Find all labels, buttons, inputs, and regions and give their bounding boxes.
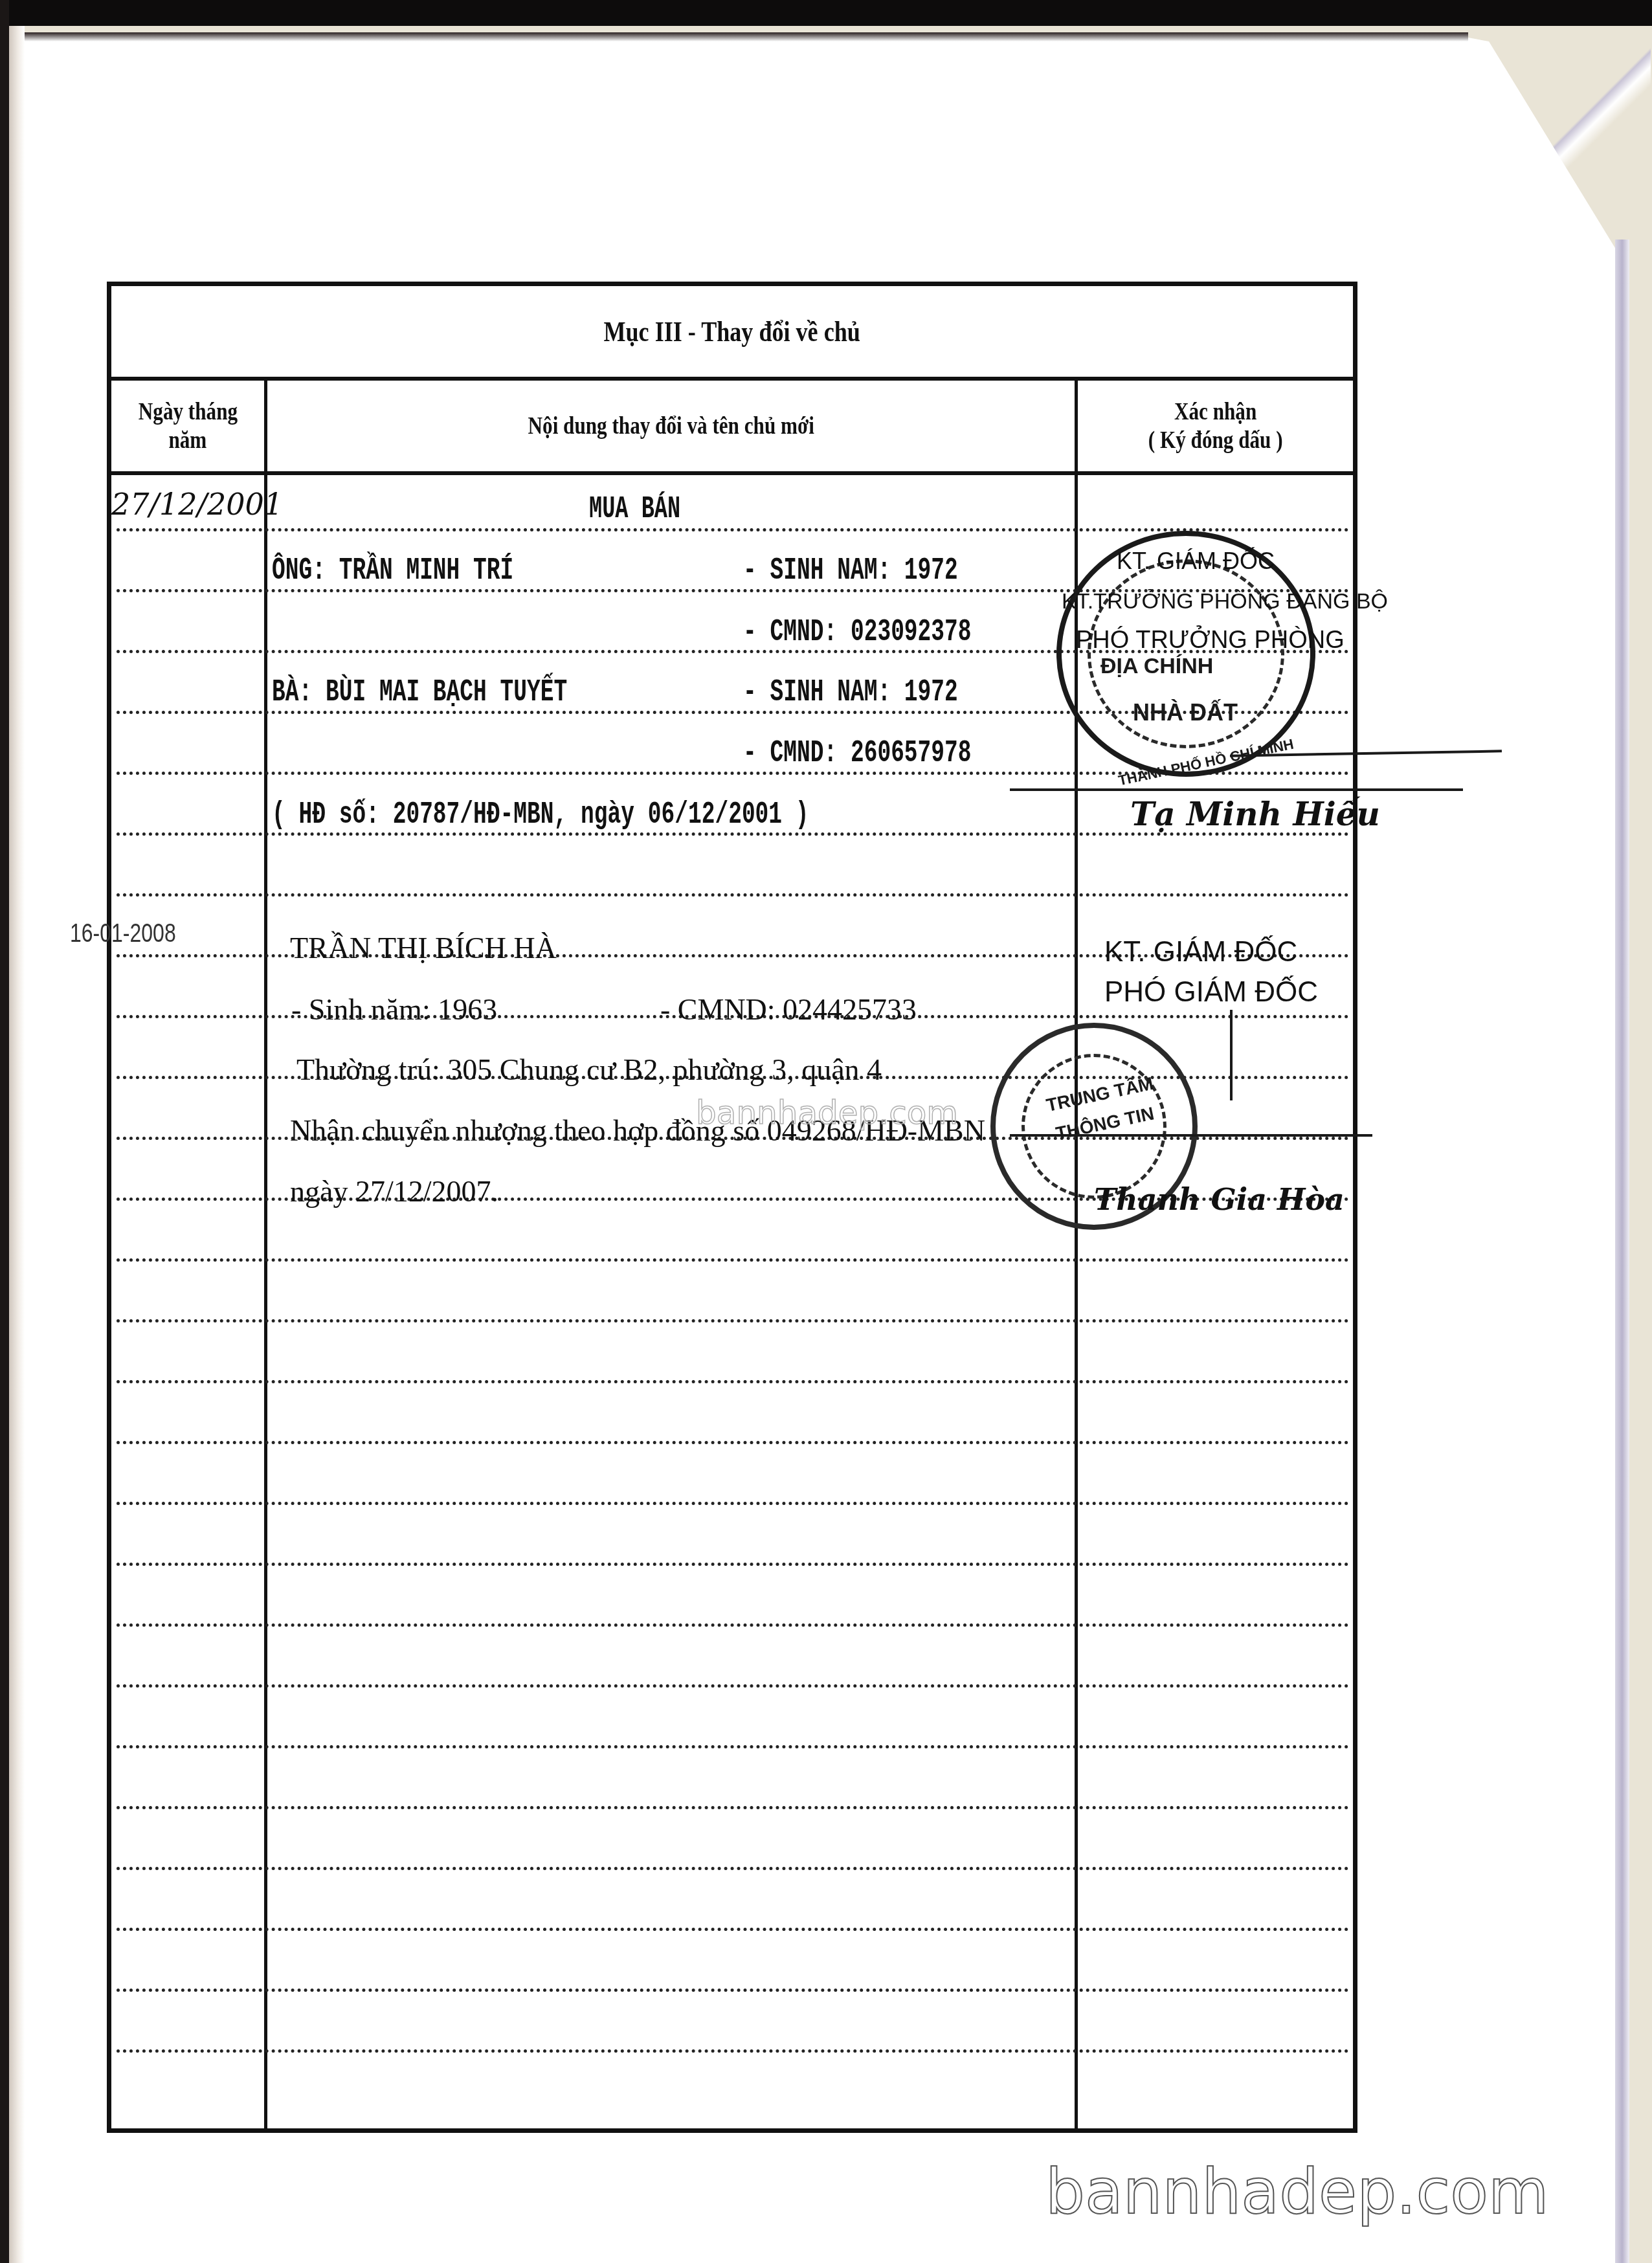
new-owner-id: - CMND: 024425733 (660, 992, 917, 1027)
page-edge-right (1615, 240, 1629, 2263)
dotted-rule (117, 1563, 1349, 1566)
dotted-rule (117, 1623, 1349, 1627)
entry-date: 27/12/2001 (111, 487, 283, 522)
new-owner-address: Thường trú: 305 Chung cư B2, phường 3, q… (296, 1053, 882, 1087)
owner-birth-year: - SINH NAM: 1972 (743, 553, 958, 588)
dotted-rule (117, 1441, 1349, 1444)
signer-name: Thanh Gia Hòa (1094, 1182, 1345, 1217)
dotted-rule (117, 528, 1349, 531)
co-owner-id: - CMND: 260657978 (743, 736, 972, 771)
column-divider-date (264, 381, 267, 2128)
seal-text-line: ĐỊA CHÍNH (1100, 654, 1213, 679)
dotted-rule (117, 1928, 1349, 1931)
column-header-row: Ngày tháng năm Nội dung thay đổi và tên … (111, 381, 1353, 475)
confirm-title: KT. GIÁM ĐỐC (1104, 936, 1297, 968)
new-owner-birth-year: - Sinh năm: 1963 (291, 992, 497, 1027)
dotted-rule (117, 1380, 1349, 1383)
header-confirm-line1: Xác nhận (1174, 397, 1256, 426)
dotted-rule (117, 1258, 1349, 1262)
page-edge-left (9, 26, 25, 2263)
watermark: bannhadep.com (1045, 2156, 1549, 2228)
header-confirm: Xác nhận ( Ký đóng dấu ) (1078, 381, 1353, 471)
scanner-edge-top (0, 0, 1652, 26)
dotted-rule (117, 1319, 1349, 1322)
signature-stroke (1010, 788, 1463, 791)
confirm-title: KT. GIÁM ĐỐC (1117, 548, 1275, 575)
confirm-title: PHÓ TRƯỞNG PHÒNG (1076, 627, 1345, 654)
header-date-line2: năm (169, 426, 207, 454)
new-owner-name: TRẦN THỊ BÍCH HÀ (290, 931, 557, 965)
contract-reference: ( HĐ số: 20787/HĐ-MBN, ngày 06/12/2001 ) (272, 797, 809, 832)
signature-stroke (1230, 1010, 1233, 1100)
dotted-rule (117, 1502, 1349, 1505)
owner-name: ÔNG: TRẦN MINH TRÍ (272, 553, 513, 588)
header-content: Nội dung thay đổi và tên chủ mới (268, 381, 1075, 471)
header-confirm-line2: ( Ký đóng dấu ) (1148, 426, 1283, 454)
dotted-rule (117, 893, 1349, 897)
transfer-date: ngày 27/12/2007. (290, 1174, 498, 1209)
co-owner-name: BÀ: BÙI MAI BẠCH TUYẾT (272, 675, 567, 710)
page-top-shadow (25, 32, 1468, 41)
confirm-title: PHÓ GIÁM ĐỐC (1104, 976, 1318, 1009)
header-date: Ngày tháng năm (111, 381, 264, 471)
watermark-inline: bannhadep.com (696, 1094, 958, 1131)
entry-heading: MUA BÁN (589, 492, 680, 527)
dotted-rule (117, 1867, 1349, 1870)
dotted-rule (117, 1989, 1349, 1992)
header-date-line1: Ngày tháng (138, 397, 237, 426)
seal-text-line: NHÀ ĐẤT (1133, 699, 1238, 726)
entry-date-stamp: 16-01-2008 (70, 919, 176, 948)
owner-id: - CMND: 023092378 (743, 615, 972, 650)
section-title: Mục III - Thay đổi về chủ (604, 315, 860, 348)
confirm-title: KT.TRƯỞNG PHÒNG ĐĂNG BỘ (1062, 589, 1388, 614)
header-content-label: Nội dung thay đổi và tên chủ mới (528, 412, 814, 440)
co-owner-birth-year: - SINH NAM: 1972 (743, 675, 958, 710)
dotted-rule (117, 2049, 1349, 2053)
dotted-rule (117, 1806, 1349, 1809)
section-title-row: Mục III - Thay đổi về chủ (111, 286, 1353, 381)
signer-name: Tạ Minh Hiếu (1130, 795, 1380, 833)
dotted-rule (117, 1684, 1349, 1688)
scanner-edge-left (0, 0, 9, 2263)
dotted-rule (117, 1745, 1349, 1748)
signature-stroke (1010, 1134, 1372, 1137)
